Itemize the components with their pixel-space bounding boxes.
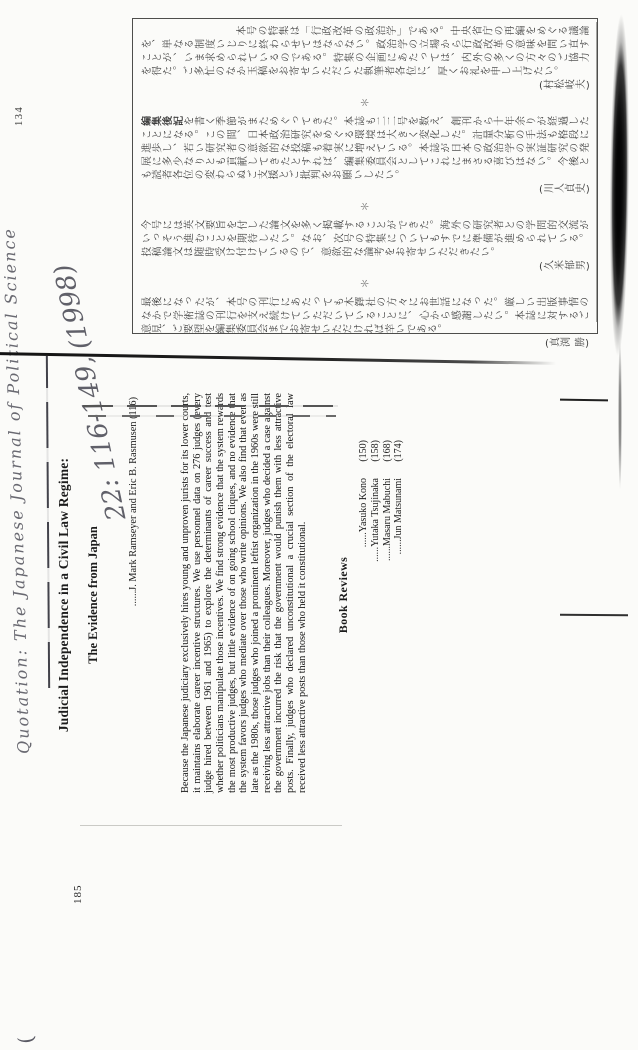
corner-pen-mark: ( [13, 1033, 38, 1048]
article-title: Judicial Independence in a Civil Law Reg… [56, 393, 72, 797]
article-subtitle: The Evidence from Japan [86, 393, 101, 797]
reviewer-name: ......Jun Matsunami [393, 478, 405, 622]
review-entry: ......Yutaka Tsujinaka(158) [370, 440, 382, 622]
reviewer-name: ......Yutaka Tsujinaka [370, 478, 382, 622]
review-entry: ......Masaru Mabuchi(168) [382, 440, 394, 622]
jp-section-text: 本号の特集は「行政改革の政治学」である。中央省庁の再編をめぐる議論を、単なる制度… [141, 26, 590, 80]
scanned-journal-photocopy: Quotation: The Japanese Journal of Polit… [0, 0, 638, 1050]
jp-section-text: 最後になったが、本号の刊行にあたっても木鐸社の方々にお世話になった。厳しい出版事… [141, 297, 590, 337]
page-edge-dash [560, 399, 608, 402]
japanese-page-bottom-edge [596, 22, 597, 322]
japanese-editorial-text: 本号の特集は「行政改革の政治学」である。中央省庁の再編をめぐる議論を、単なる制度… [141, 26, 590, 326]
jp-section-signature: (川人貞史) [141, 183, 590, 196]
handwritten-citation-line1: Quotation: The Japanese Journal of Polit… [2, 314, 33, 754]
japanese-page-number: 134 [14, 106, 25, 126]
review-entry: ......Jun Matsunami(174) [393, 440, 405, 622]
article-byline: ......J. Mark Ramseyer and Eric B. Rasmu… [128, 397, 139, 797]
jp-section-signature: (村松岐夫) [141, 80, 590, 93]
review-page-number: (150) [358, 440, 370, 478]
jp-section-signature: (久米郁男) [141, 261, 590, 274]
jp-section-separator: ＊ [141, 279, 590, 292]
abstract-text: Because the Japanese judiciary exclusive… [180, 393, 308, 793]
photocopy-toner-streak-tail [618, 340, 622, 490]
jp-section-text: 今号には英文要旨を付した論文を多く掲載することができた。海外の研究者との学問的交… [141, 220, 590, 260]
page-edge-line-right-inner [88, 416, 336, 418]
jp-section-separator: ＊ [141, 98, 590, 111]
page-edge-line-right-outer [83, 406, 338, 408]
reviewer-name: ......Yasuko Kono [358, 478, 370, 622]
reviewer-name: ......Masaru Mabuchi [382, 478, 394, 622]
book-reviews-heading: Book Reviews [336, 393, 351, 797]
rotated-page-spread: Quotation: The Japanese Journal of Polit… [0, 0, 638, 1050]
english-page-number: 185 [72, 885, 84, 905]
jp-section-lead: 編集後記 [141, 117, 184, 128]
japanese-page-border-box: 本号の特集は「行政改革の政治学」である。中央省庁の再編をめぐる議論を、単なる制度… [132, 18, 598, 334]
jp-section-text: 編集後記を書く季節がまためぐってきた。本誌も二二号を数え、創刊から十年余りが経過… [141, 116, 590, 183]
jp-section-separator: ＊ [141, 202, 590, 215]
review-entry: ......Yasuko Kono(150) [358, 440, 370, 622]
review-page-number: (174) [393, 440, 405, 478]
book-reviews-list: ......Yasuko Kono(150)......Yutaka Tsuji… [358, 440, 405, 622]
review-page-number: (168) [382, 440, 394, 478]
page-edge-line-left [80, 825, 342, 826]
jp-section-signature: (真渕 勝) [141, 338, 590, 351]
review-page-number: (158) [370, 440, 382, 478]
page-edge-dash [560, 614, 628, 617]
handwritten-citation-underline [46, 356, 50, 688]
